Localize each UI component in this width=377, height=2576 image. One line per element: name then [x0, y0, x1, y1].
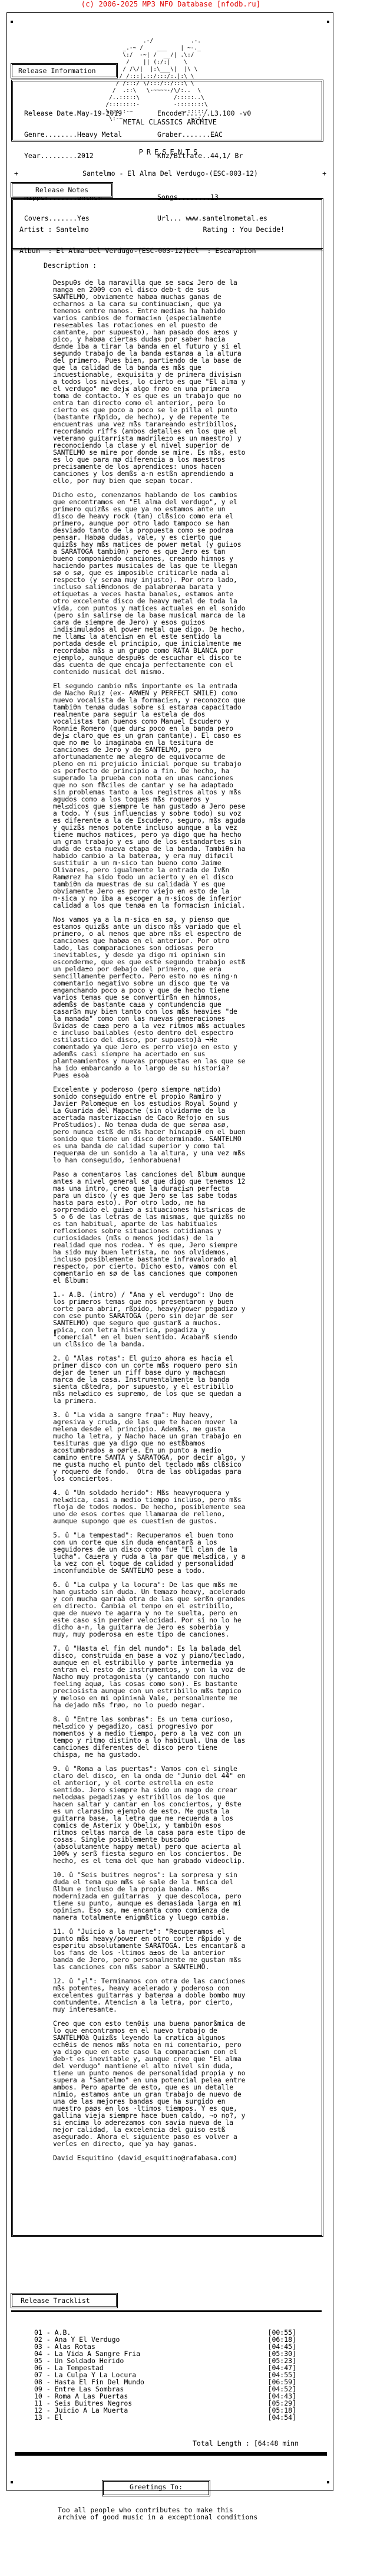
release-info-tab: Release Information — [11, 63, 118, 78]
tracklist-tab: Release Tracklist — [11, 2293, 118, 2308]
artist-line: Artist : Santelmo Rating : You Decide! — [19, 226, 285, 233]
field-encoder: Encoder......L3.100 -v0 — [157, 110, 267, 117]
nfo-frame: .-/ .-. _.-~ / ___ | ~-._ \:/ -~| / __/|… — [6, 12, 333, 2491]
section-divider-bar — [15, 2452, 327, 2456]
description-text: Despuθs de la maravilla que se sac≤ Jero… — [53, 280, 245, 2162]
track-row: 13 - El[04:54] — [34, 2414, 296, 2421]
total-length: Total Length : [64:48 minn — [193, 2439, 299, 2447]
field-graber: Graber.......EAC — [157, 131, 267, 138]
title-mark-right: + — [322, 169, 326, 178]
corner-mark — [327, 21, 329, 23]
tracklist-divider — [11, 2310, 322, 2312]
title-mark-left: + — [14, 169, 18, 178]
track-row: 12 - Juicio A La Muerta[05:18] — [34, 2407, 296, 2414]
copyright-notice: (c) 2006-2025 MP3 NFO Database [nfodb.ru… — [0, 0, 342, 9]
greetings-heading: Greetings To: — [102, 2480, 210, 2496]
field-bitrate: Khz/Bitrate..44,1/ Br — [157, 152, 267, 159]
release-notes-tab: Release Notes — [11, 182, 113, 198]
corner-mark — [327, 2481, 329, 2483]
field-year: Year.........2012 — [24, 152, 122, 159]
greetings-text: Too all people who contributes to make t… — [58, 2506, 257, 2521]
field-release-date: Release Date.May-19-2019 — [24, 110, 122, 117]
description-label: Description : — [44, 262, 97, 269]
field-genre: Genre........Heavy Metal — [24, 131, 122, 138]
corner-mark — [11, 2481, 13, 2483]
tracklist: 01 - A.B.[00:55] 02 - Ana Y El Verdugo[0… — [34, 2329, 296, 2421]
corner-mark — [11, 21, 13, 23]
